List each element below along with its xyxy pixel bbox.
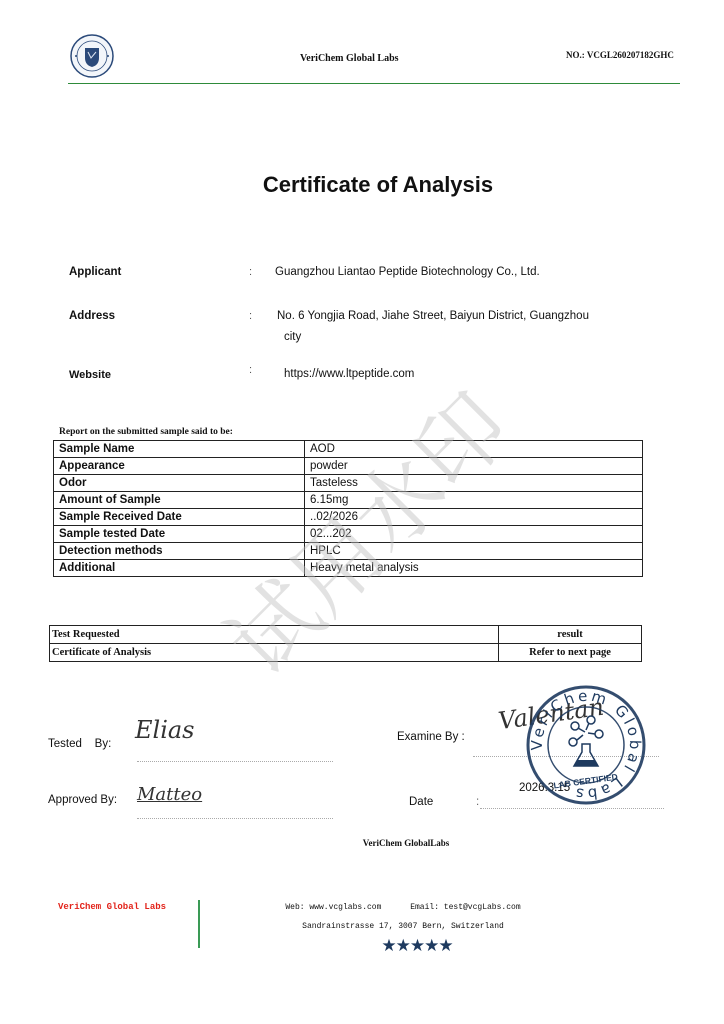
approved-by-label: Approved By: [48,794,117,806]
sample-field-label: Sample Received Date [54,509,305,526]
table-row: Sample tested Date02...202 [54,526,643,543]
table-row: Sample NameAOD [54,441,643,458]
footer-contact: Web: www.vcglabs.com Email: test@vcgLabs… [0,903,724,912]
table-row: Appearancepowder [54,458,643,475]
sample-field-value: ..02/2026 [305,509,643,526]
sample-report-heading: Report on the submitted sample said to b… [59,427,233,437]
sample-field-value: 02...202 [305,526,643,543]
report-number: NO.: VCGL260207182GHC [566,50,674,60]
applicant-label: Applicant [69,266,121,278]
test-name: Certificate of Analysis [50,644,499,662]
table-row: AdditionalHeavy metal analysis [54,560,643,577]
sample-details-table: Sample NameAODAppearancepowderOdorTastel… [53,440,643,577]
lab-certified-stamp-icon: VeriChem Global Labs LAB CERTIFIED [525,684,647,806]
table-row: Certificate of Analysis Refer to next pa… [50,644,642,662]
address-label: Address [69,310,115,322]
test-requested-table: Test Requested result Certificate of Ana… [49,625,642,662]
footer-lab-name: VeriChem GlobalLabs [0,838,724,848]
sample-field-value: AOD [305,441,643,458]
sample-field-label: Detection methods [54,543,305,560]
sample-field-label: Amount of Sample [54,492,305,509]
approved-by-signature: Matteo [137,784,202,805]
table-row: Amount of Sample6.15mg [54,492,643,509]
applicant-colon: : [249,266,252,278]
header-lab-name: VeriChem Global Labs [300,53,399,64]
test-result: Refer to next page [499,644,642,662]
date-line [480,808,664,809]
footer-address: Sandrainstrasse 17, 3007 Bern, Switzerla… [0,922,724,931]
header-divider [68,83,680,84]
tested-by-signature: Elias [135,716,195,744]
website-value: https://www.ltpeptide.com [284,368,414,380]
sample-field-label: Appearance [54,458,305,475]
tested-by-label: Tested By: [48,738,111,750]
sample-field-value: 6.15mg [305,492,643,509]
sample-field-label: Sample Name [54,441,305,458]
date-colon: : [476,796,479,808]
applicant-value: Guangzhou Liantao Peptide Biotechnology … [275,266,540,278]
sample-field-value: Tasteless [305,475,643,492]
table-row: Sample Received Date..02/2026 [54,509,643,526]
sample-field-value: HPLC [305,543,643,560]
test-requested-header: Test Requested [50,626,499,644]
page-title: Certificate of Analysis [0,172,724,198]
sample-field-label: Odor [54,475,305,492]
address-line-2: city [284,331,301,343]
table-header-row: Test Requested result [50,626,642,644]
website-label: Website [69,369,111,381]
sample-field-label: Sample tested Date [54,526,305,543]
address-line-1: No. 6 Yongjia Road, Jiahe Street, Baiyun… [277,310,589,322]
examine-by-label: Examine By : [397,731,465,743]
address-colon: : [249,310,252,322]
sample-field-value: Heavy metal analysis [305,560,643,577]
rating-stars-icon: ★★★★★ [0,936,724,956]
sample-field-value: powder [305,458,643,475]
approved-by-line [137,818,333,819]
date-label: Date [409,796,433,808]
table-row: Detection methodsHPLC [54,543,643,560]
table-row: OdorTasteless [54,475,643,492]
tested-by-line [137,761,333,762]
website-colon: : [249,364,252,376]
sample-field-label: Additional [54,560,305,577]
lab-seal-logo-icon [70,34,114,78]
result-header: result [499,626,642,644]
